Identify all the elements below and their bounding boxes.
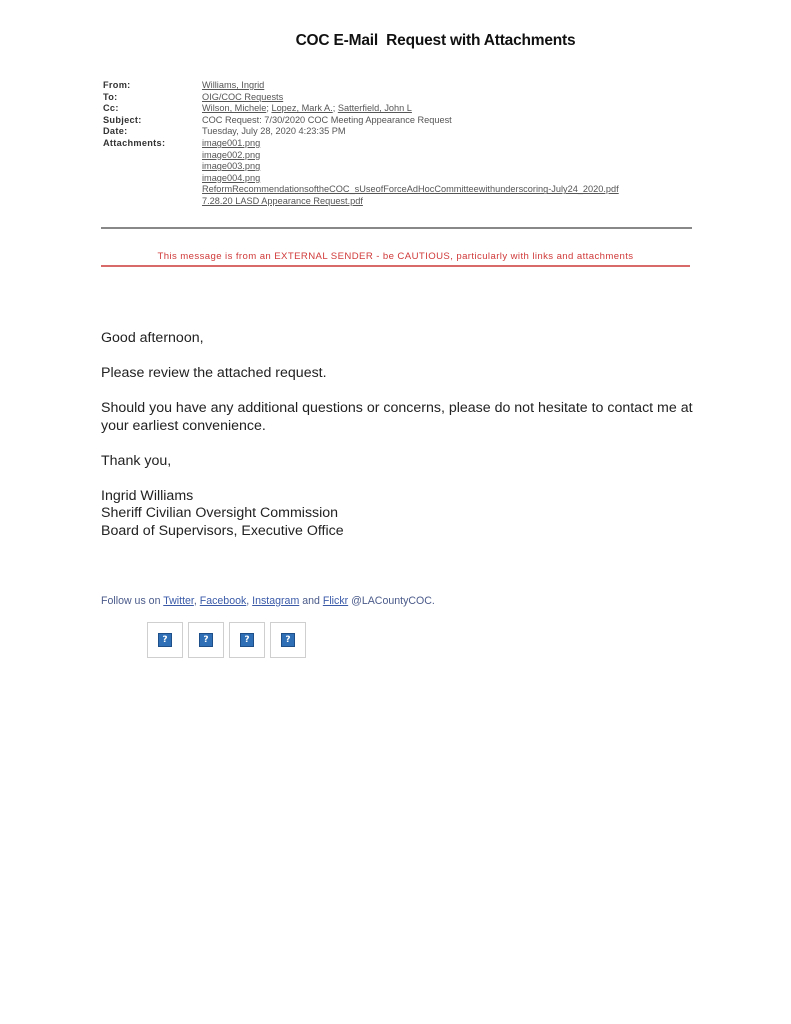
closing: Thank you, — [101, 453, 701, 471]
cc-row: Cc: Wilson, Michele; Lopez, Mark A.; Sat… — [103, 103, 619, 115]
subject-row: Subject: COC Request: 7/30/2020 COC Meet… — [103, 115, 619, 127]
subject-value: COC Request: 7/30/2020 COC Meeting Appea… — [202, 115, 452, 127]
attachment-link[interactable]: image004.png — [202, 173, 619, 185]
social-image-box[interactable]: ? — [270, 622, 306, 658]
broken-image-icon: ? — [281, 633, 295, 647]
date-value: Tuesday, July 28, 2020 4:23:35 PM — [202, 126, 346, 138]
broken-image-icon: ? — [240, 633, 254, 647]
to-row: To: OIG/COC Requests — [103, 92, 619, 104]
cc-recipient[interactable]: Lopez, Mark A. — [271, 103, 332, 113]
social-follow-line: Follow us on Twitter, Facebook, Instagra… — [101, 595, 435, 607]
greeting: Good afternoon, — [101, 330, 701, 348]
cc-recipient[interactable]: Wilson, Michele — [202, 103, 266, 113]
from-label: From: — [103, 80, 202, 92]
body-paragraph: Please review the attached request. — [101, 365, 701, 383]
cc-values: Wilson, Michele; Lopez, Mark A.; Satterf… — [202, 103, 412, 115]
social-image-box[interactable]: ? — [188, 622, 224, 658]
flickr-link[interactable]: Flickr — [323, 595, 348, 607]
from-value[interactable]: Williams, Ingrid — [202, 80, 264, 92]
warning-underline — [101, 265, 690, 267]
email-body: Good afternoon, Please review the attach… — [101, 330, 701, 540]
attachment-link[interactable]: 7.28.20 LASD Appearance Request.pdf — [202, 196, 619, 208]
signature-name: Ingrid Williams — [101, 488, 701, 506]
attachments-list: image001.png image002.png image003.png i… — [202, 138, 619, 208]
facebook-link[interactable]: Facebook — [200, 595, 247, 607]
attachment-link[interactable]: ReformRecommendationsoftheCOC_sUseofForc… — [202, 184, 619, 196]
date-row: Date: Tuesday, July 28, 2020 4:23:35 PM — [103, 126, 619, 138]
attachments-row: Attachments: image001.png image002.png i… — [103, 138, 619, 208]
broken-image-icon: ? — [158, 633, 172, 647]
social-image-box[interactable]: ? — [147, 622, 183, 658]
social-image-box[interactable]: ? — [229, 622, 265, 658]
attachment-link[interactable]: image001.png — [202, 138, 619, 150]
follow-prefix: Follow us on — [101, 595, 163, 607]
subject-label: Subject: — [103, 115, 202, 127]
external-sender-warning: This message is from an EXTERNAL SENDER … — [101, 251, 690, 262]
signature-line: Board of Supervisors, Executive Office — [101, 523, 701, 541]
attachment-link[interactable]: image003.png — [202, 161, 619, 173]
attachment-link[interactable]: image002.png — [202, 150, 619, 162]
cc-label: Cc: — [103, 103, 202, 115]
attachments-label: Attachments: — [103, 138, 202, 208]
cc-recipient[interactable]: Satterfield, John L — [338, 103, 412, 113]
from-row: From: Williams, Ingrid — [103, 80, 619, 92]
social-icons: ? ? ? ? — [147, 622, 306, 658]
follow-suffix: @LACountyCOC. — [348, 595, 435, 607]
to-value[interactable]: OIG/COC Requests — [202, 92, 283, 104]
email-header: From: Williams, Ingrid To: OIG/COC Reque… — [103, 80, 619, 208]
document-title: COC E-Mail Request with Attachments — [0, 32, 791, 50]
to-label: To: — [103, 92, 202, 104]
link-separator: and — [299, 595, 323, 607]
signature-line: Sheriff Civilian Oversight Commission — [101, 505, 701, 523]
date-label: Date: — [103, 126, 202, 138]
broken-image-icon: ? — [199, 633, 213, 647]
twitter-link[interactable]: Twitter — [163, 595, 194, 607]
header-divider — [101, 227, 692, 229]
instagram-link[interactable]: Instagram — [252, 595, 299, 607]
body-paragraph: Should you have any additional questions… — [101, 400, 701, 435]
